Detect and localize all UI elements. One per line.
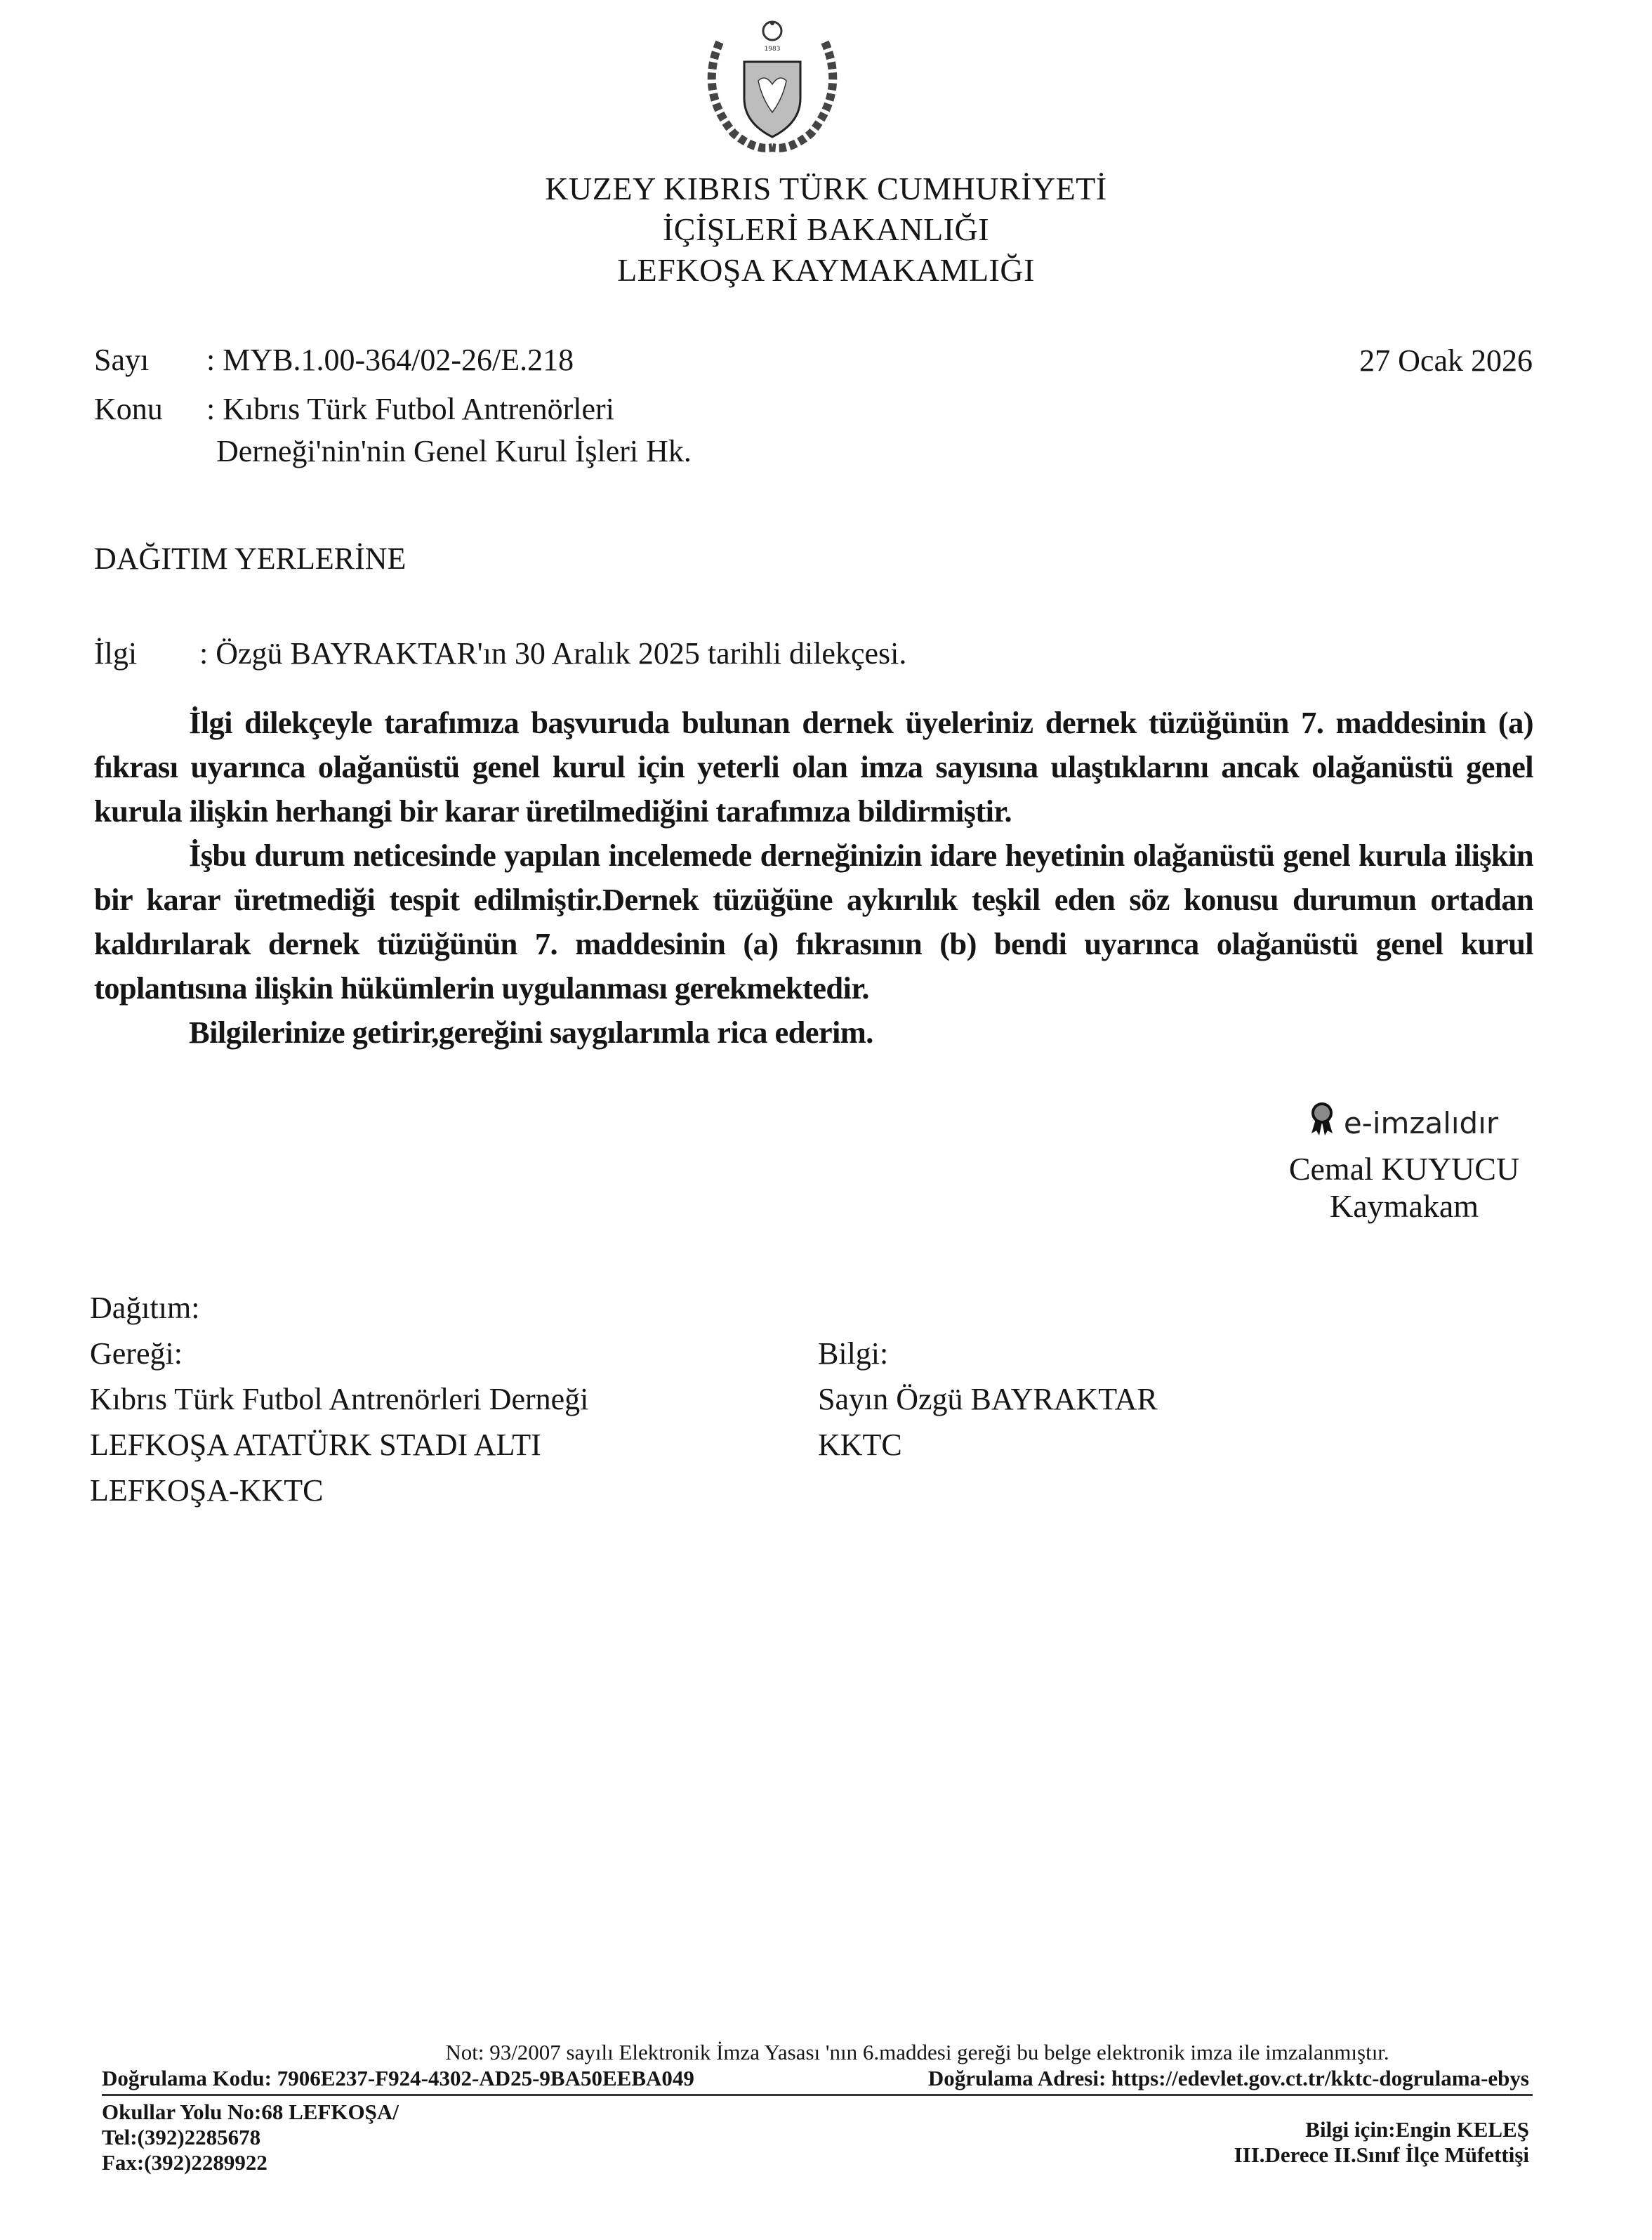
distribution-heading: Dağıtım:: [90, 1285, 588, 1331]
letter-body: İlgi dilekçeyle tarafımıza başvuruda bul…: [94, 701, 1533, 1055]
konu-label: Konu: [94, 388, 206, 430]
verification-row: Doğrulama Kodu: 7906E237-F924-4302-AD25-…: [102, 2066, 1529, 2091]
e-signature-legal-note: Not: 93/2007 sayılı Elektronik İmza Yasa…: [0, 2040, 1652, 2065]
footer-divider: [102, 2094, 1533, 2096]
office-fax: Fax:(392)2289922: [102, 2150, 399, 2175]
konu-value-line2: Derneği'nin'nin Genel Kurul İşleri Hk.: [206, 434, 692, 468]
verification-code: Doğrulama Kodu: 7906E237-F924-4302-AD25-…: [102, 2066, 694, 2091]
header-line-district: LEFKOŞA KAYMAKAMLIĞI: [0, 250, 1652, 291]
e-signature-label: e-imzalıdır: [1344, 1106, 1498, 1140]
gereği-label: Gereği:: [90, 1331, 588, 1376]
body-paragraph-2: İşbu durum neticesinde yapılan incelemed…: [94, 834, 1533, 1010]
info-contact: Bilgi için:Engin KELEŞ III.Derece II.Sın…: [1234, 2117, 1529, 2168]
gereği-address-2: LEFKOŞA-KKTC: [90, 1468, 588, 1513]
addressee: DAĞITIM YERLERİNE: [94, 541, 406, 577]
bilgi-recipient: Sayın Özgü BAYRAKTAR: [818, 1376, 1158, 1422]
header-line-republic: KUZEY KIBRIS TÜRK CUMHURİYETİ: [0, 169, 1652, 209]
office-tel: Tel:(392)2285678: [102, 2125, 399, 2150]
signatory-name: Cemal KUYUCU: [1250, 1150, 1559, 1187]
reference-line: İlgi: Özgü BAYRAKTAR'ın 30 Aralık 2025 t…: [94, 635, 906, 671]
svg-text:1983: 1983: [765, 46, 781, 53]
contact-address: Okullar Yolu No:68 LEFKOŞA/ Tel:(392)228…: [102, 2100, 399, 2175]
subject: Konu: Kıbrıs Türk Futbol Antrenörleri De…: [94, 388, 692, 473]
e-signature-rosette-icon: [1310, 1102, 1334, 1143]
e-signature-badge: e-imzalıdır: [1250, 1102, 1559, 1143]
sayi-value: : MYB.1.00-364/02-26/E.218: [206, 343, 574, 377]
issuing-authority-header: KUZEY KIBRIS TÜRK CUMHURİYETİ İÇİŞLERİ B…: [0, 169, 1652, 291]
ilgi-label: İlgi: [94, 635, 199, 671]
body-paragraph-3: Bilgilerinize getirir,gereğini saygıları…: [94, 1010, 1533, 1055]
ilgi-value: : Özgü BAYRAKTAR'ın 30 Aralık 2025 tarih…: [199, 636, 906, 671]
gereği-address-1: LEFKOŞA ATATÜRK STADI ALTI: [90, 1422, 588, 1468]
body-paragraph-1: İlgi dilekçeyle tarafımıza başvuruda bul…: [94, 701, 1533, 834]
info-contact-title: III.Derece II.Sınıf İlçe Müfettişi: [1234, 2142, 1529, 2168]
document-date: 27 Ocak 2026: [1359, 343, 1533, 378]
bilgi-label: Bilgi:: [818, 1331, 1158, 1376]
sayi-label: Sayı: [94, 339, 206, 381]
information-list: Bilgi: Sayın Özgü BAYRAKTAR KKTC: [818, 1331, 1158, 1468]
reference-number: Sayı: MYB.1.00-364/02-26/E.218: [94, 339, 574, 381]
header-line-ministry: İÇİŞLERİ BAKANLIĞI: [0, 209, 1652, 250]
office-address: Okullar Yolu No:68 LEFKOŞA/: [102, 2100, 399, 2125]
signature-block: e-imzalıdır Cemal KUYUCU Kaymakam: [1250, 1102, 1559, 1225]
info-contact-name: Bilgi için:Engin KELEŞ: [1234, 2117, 1529, 2142]
verification-address-link[interactable]: Doğrulama Adresi: https://edevlet.gov.ct…: [928, 2066, 1529, 2091]
bilgi-address: KKTC: [818, 1422, 1158, 1468]
coat-of-arms-icon: 1983: [692, 14, 853, 154]
gereği-recipient: Kıbrıs Türk Futbol Antrenörleri Derneği: [90, 1376, 588, 1422]
distribution-list: Dağıtım: Gereği: Kıbrıs Türk Futbol Antr…: [90, 1285, 588, 1513]
konu-value-line1: : Kıbrıs Türk Futbol Antrenörleri: [206, 392, 614, 426]
signatory-title: Kaymakam: [1250, 1187, 1559, 1225]
